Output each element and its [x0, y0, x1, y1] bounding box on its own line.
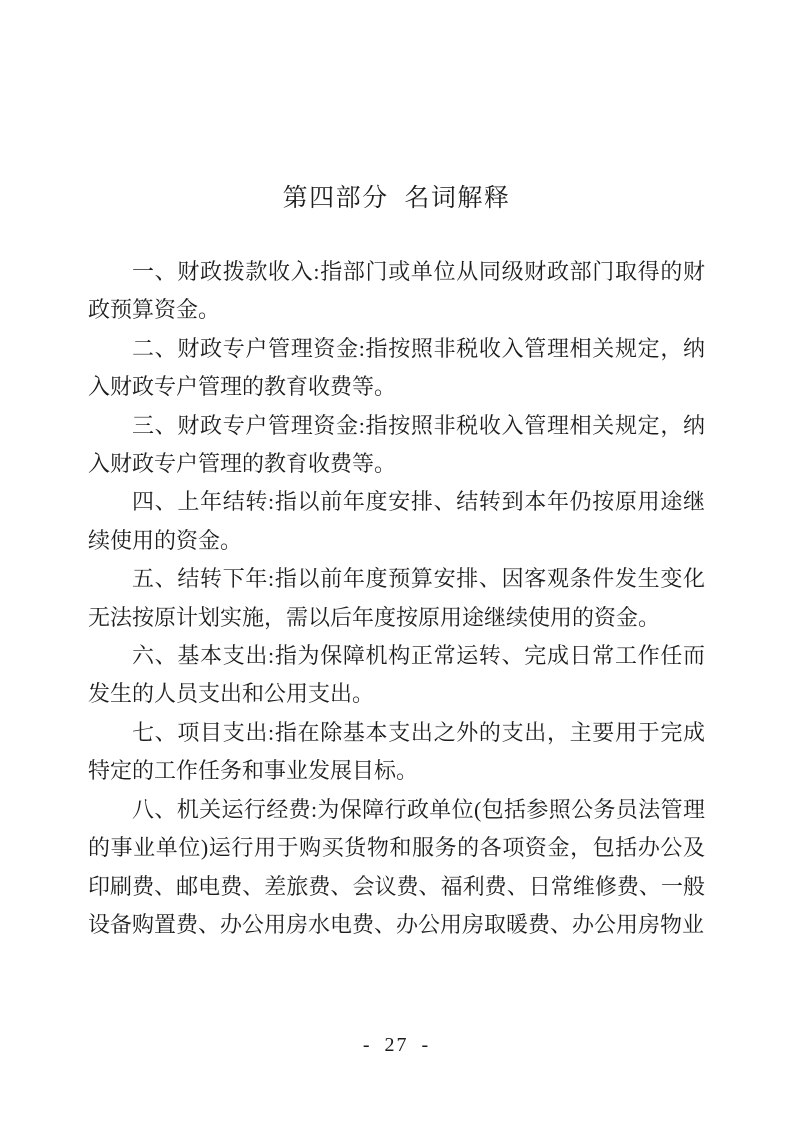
paragraph-definition-1: 一、财政拨款收入:指部门或单位从同级财政部门取得的财政预算资金。: [88, 253, 705, 330]
paragraph-definition-6: 六、基本支出:指为保障机构正常运转、完成日常工作任而发生的人员支出和公用支出。: [88, 637, 705, 714]
paragraph-definition-2: 二、财政专户管理资金:指按照非税收入管理相关规定，纳入财政专户管理的教育收费等。: [88, 330, 705, 407]
paragraph-definition-4: 四、上年结转:指以前年度安排、结转到本年仍按原用途继续使用的资金。: [88, 483, 705, 560]
page-number: - 27 -: [0, 1034, 793, 1057]
paragraph-definition-3: 三、财政专户管理资金:指按照非税收入管理相关规定，纳入财政专户管理的教育收费等。: [88, 407, 705, 484]
page-title: 第四部分 名词解释: [88, 184, 705, 214]
paragraph-definition-5: 五、结转下年:指以前年度预算安排、因客观条件发生变化无法按原计划实施，需以后年度…: [88, 560, 705, 637]
document-page: 第四部分 名词解释 一、财政拨款收入:指部门或单位从同级财政部门取得的财政预算资…: [0, 0, 793, 1122]
document-body: 一、财政拨款收入:指部门或单位从同级财政部门取得的财政预算资金。 二、财政专户管…: [88, 253, 705, 944]
paragraph-definition-8: 八、机关运行经费:为保障行政单位(包括参照公务员法管理的事业单位)运行用于购买货…: [88, 791, 705, 945]
paragraph-definition-7: 七、项目支出:指在除基本支出之外的支出，主要用于完成特定的工作任务和事业发展目标…: [88, 714, 705, 791]
